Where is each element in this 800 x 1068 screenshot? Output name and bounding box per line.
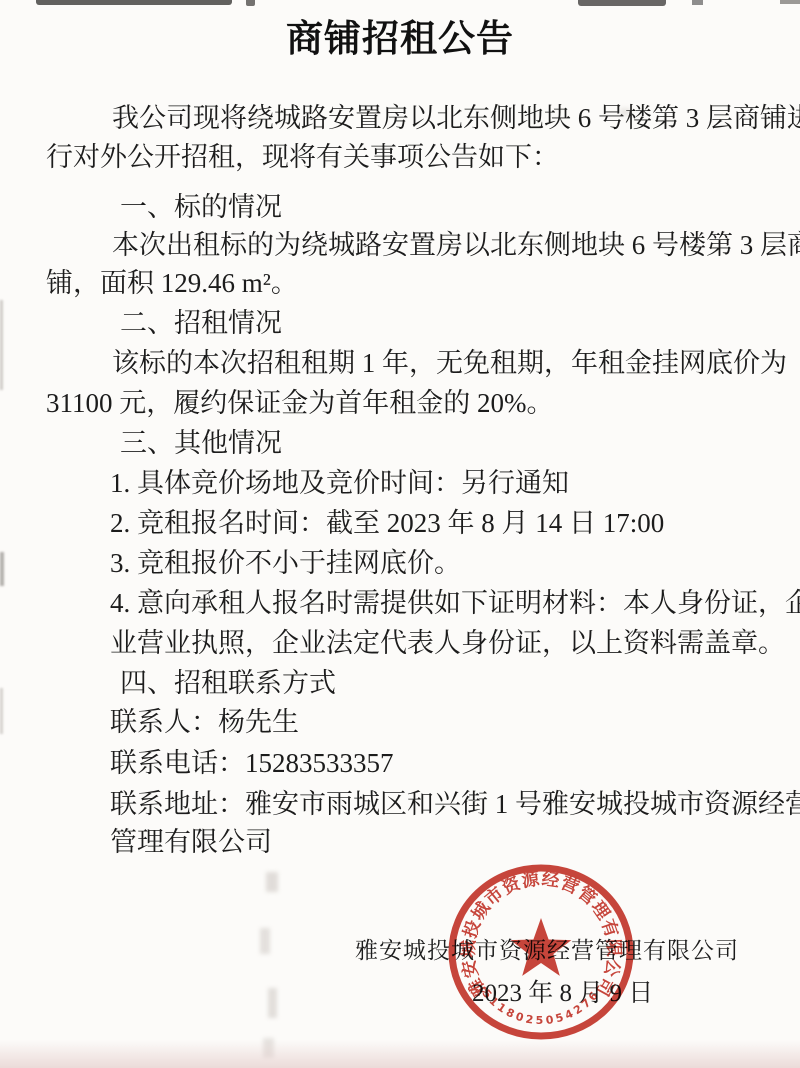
document-page: 商铺招租公告 我公司现将绕城路安置房以北东侧地块 6 号楼第 3 层商铺进行对外… [0,0,800,1068]
text-line: 铺，面积 129.46 m²。 [46,266,298,300]
scan-artifact [0,688,3,734]
text-line: 31100 元，履约保证金为首年租金的 20%。 [46,386,554,420]
text-line: 3. 竞租报价不小于挂网底价。 [110,546,461,580]
text-line: 联系电话：15283533357 [110,746,394,780]
scan-artifact [260,928,270,954]
text-line: 本次出租标的为绕城路安置房以北东侧地块 6 号楼第 3 层商 [112,228,800,262]
document-title: 商铺招租公告 [0,8,800,62]
text-line: 二、招租情况 [120,306,282,340]
svg-text:5118025054276: 5118025054276 [479,987,602,1027]
seal-star-icon [511,918,572,976]
scan-artifact [246,0,255,6]
text-line: 行对外公开招租，现将有关事项公告如下： [46,140,559,174]
text-line: 业营业执照，企业法定代表人身份证，以上资料需盖章。 [110,626,785,660]
text-line: 4. 意向承租人报名时需提供如下证明材料：本人身份证，企 [110,586,800,620]
scan-artifact [36,0,232,5]
text-line: 我公司现将绕城路安置房以北东侧地块 6 号楼第 3 层商铺进 [112,101,800,135]
scan-artifact [266,872,278,892]
text-line: 联系人：杨先生 [110,705,299,739]
scan-artifact [268,988,277,1018]
scan-artifact [263,1038,274,1058]
scan-artifact [0,552,4,586]
seal-serial-number: 5118025054276 [479,987,602,1027]
text-line: 该标的本次招租租期 1 年，无免租期，年租金挂网底价为 [112,346,787,380]
text-line: 1. 具体竞价场地及竞价时间：另行通知 [110,466,569,500]
scan-artifact [578,0,666,6]
text-line: 四、招租联系方式 [120,666,336,700]
text-line: 管理有限公司 [110,825,272,859]
text-line: 2. 竞租报名时间：截至 2023 年 8 月 14 日 17:00 [110,506,664,540]
scan-artifact [692,0,703,5]
text-line: 一、标的情况 [120,190,282,224]
text-line: 三、其他情况 [120,426,282,460]
scan-artifact [780,0,800,4]
text-line: 联系地址：雅安市雨城区和兴街 1 号雅安城投城市资源经营 [110,787,800,821]
scan-artifact [0,300,3,390]
scan-artifact [0,1040,800,1068]
company-seal-icon: 雅安城投城市资源经营管理有限公司 5118025054276 [443,862,639,1048]
